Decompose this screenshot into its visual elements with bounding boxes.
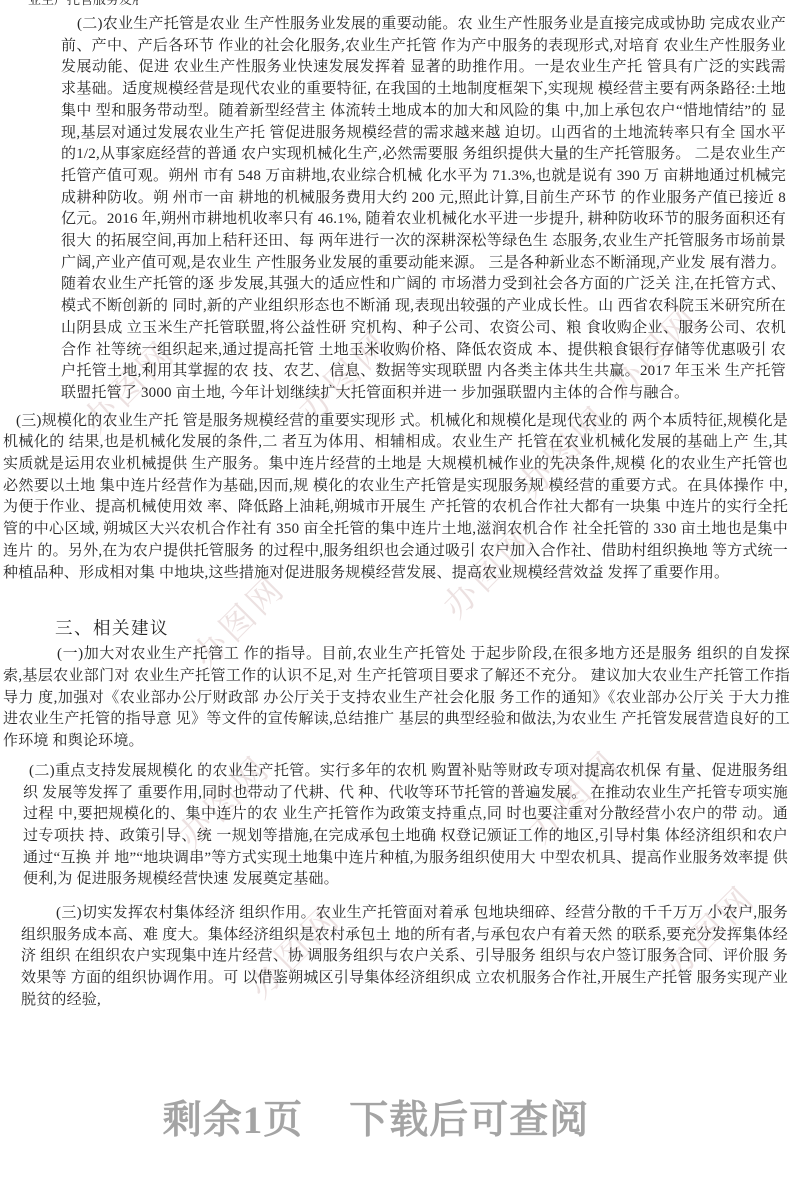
paragraph-section3-item3: (三)切实发挥农村集体经济 组织作用。农业生产托管面对着承 包地块细碎、经营分散… [21,903,788,1012]
preview-footer: 剩余1页 下载后可查阅 [0,1097,776,1146]
remaining-pages-label: 剩余1页 [163,1097,304,1146]
paragraph-section2-item2: (二)农业生产托管是农业 生产性服务业发展的重要动能。农 业生产性服务业是直接完… [61,14,786,405]
clipped-line-text: 业生产托管服务发展。 [28,0,138,6]
section-heading-suggestions: 三、相关建议 [55,616,800,640]
paragraph-section3-item2: (二)重点支持发展规模化 的农业生产托管。实行多年的农机 购置补贴等财政专项对提… [23,761,788,891]
clipped-line-top: 业生产托管服务发展。 [28,0,138,7]
download-hint-label: 下载后可查阅 [349,1097,589,1146]
document-page: 业生产托管服务发展。 (二)农业生产托管是农业 生产性服务业发展的重要动能。农 … [0,0,800,1012]
paragraph-section2-item3: (三)规模化的农业生产托 管是服务规模经营的重要实现形 式。机械化和规模化是现代… [3,411,788,585]
paragraph-section3-item1: (一)加大对农业生产托管工 作的指导。目前,农业生产托管处 于起步阶段,在很多地… [3,644,790,753]
